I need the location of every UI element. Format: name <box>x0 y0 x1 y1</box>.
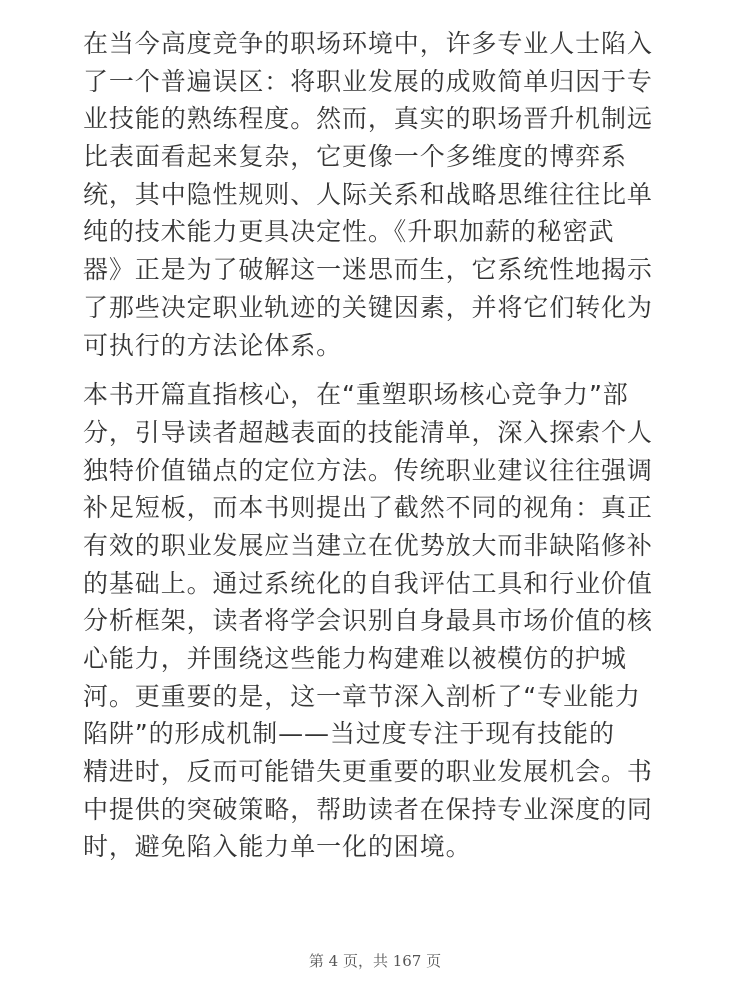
text-line: 补足短板，而本书则提出了截然不同的视角：真正 <box>83 489 665 527</box>
text-line: 中提供的突破策略，帮助读者在保持专业深度的同 <box>83 791 665 829</box>
paragraph-1: 在当今高度竞争的职场环境中，许多专业人士陷入 了一个普遍误区：将职业发展的成败简… <box>83 25 665 364</box>
text-line: 分析框架，读者将学会识别自身最具市场价值的核 <box>83 602 665 640</box>
text-line: 有效的职业发展应当建立在优势放大而非缺陷修补 <box>83 527 665 565</box>
text-line: 独特价值锚点的定位方法。传统职业建议往往强调 <box>83 452 665 490</box>
page-content: 在当今高度竞争的职场环境中，许多专业人士陷入 了一个普遍误区：将职业发展的成败简… <box>83 25 665 866</box>
text-line: 了一个普遍误区：将职业发展的成败简单归因于专 <box>83 63 665 101</box>
text-line: 河。更重要的是，这一章节深入剖析了“专业能力 <box>83 678 665 716</box>
text-line: 在当今高度竞争的职场环境中，许多专业人士陷入 <box>83 25 665 63</box>
text-line: 统，其中隐性规则、人际关系和战略思维往往比单 <box>83 176 665 214</box>
text-line: 纯的技术能力更具决定性。《升职加薪的秘密武 <box>83 213 665 251</box>
text-line: 分，引导读者超越表面的技能清单，深入探索个人 <box>83 414 665 452</box>
paragraph-2: 本书开篇直指核心，在“重塑职场核心竞争力”部 分，引导读者超越表面的技能清单，深… <box>83 376 665 866</box>
text-line: 了那些决定职业轨迹的关键因素，并将它们转化为 <box>83 289 665 327</box>
text-line: 陷阱”的形成机制——当过度专注于现有技能的 <box>83 715 665 753</box>
document-page: 在当今高度竞争的职场环境中，许多专业人士陷入 了一个普遍误区：将职业发展的成败简… <box>0 0 750 1000</box>
text-line: 业技能的熟练程度。然而，真实的职场晋升机制远 <box>83 100 665 138</box>
text-line: 本书开篇直指核心，在“重塑职场核心竞争力”部 <box>83 376 665 414</box>
text-line: 时，避免陷入能力单一化的困境。 <box>83 828 665 866</box>
text-line: 器》正是为了破解这一迷思而生，它系统性地揭示 <box>83 251 665 289</box>
text-line: 精进时，反而可能错失更重要的职业发展机会。书 <box>83 753 665 791</box>
text-line: 的基础上。通过系统化的自我评估工具和行业价值 <box>83 565 665 603</box>
text-line: 比表面看起来复杂，它更像一个多维度的博弈系 <box>83 138 665 176</box>
page-number-footer: 第 4 页，共 167 页 <box>0 950 750 971</box>
text-line: 可执行的方法论体系。 <box>83 327 665 365</box>
text-line: 心能力，并围绕这些能力构建难以被模仿的护城 <box>83 640 665 678</box>
